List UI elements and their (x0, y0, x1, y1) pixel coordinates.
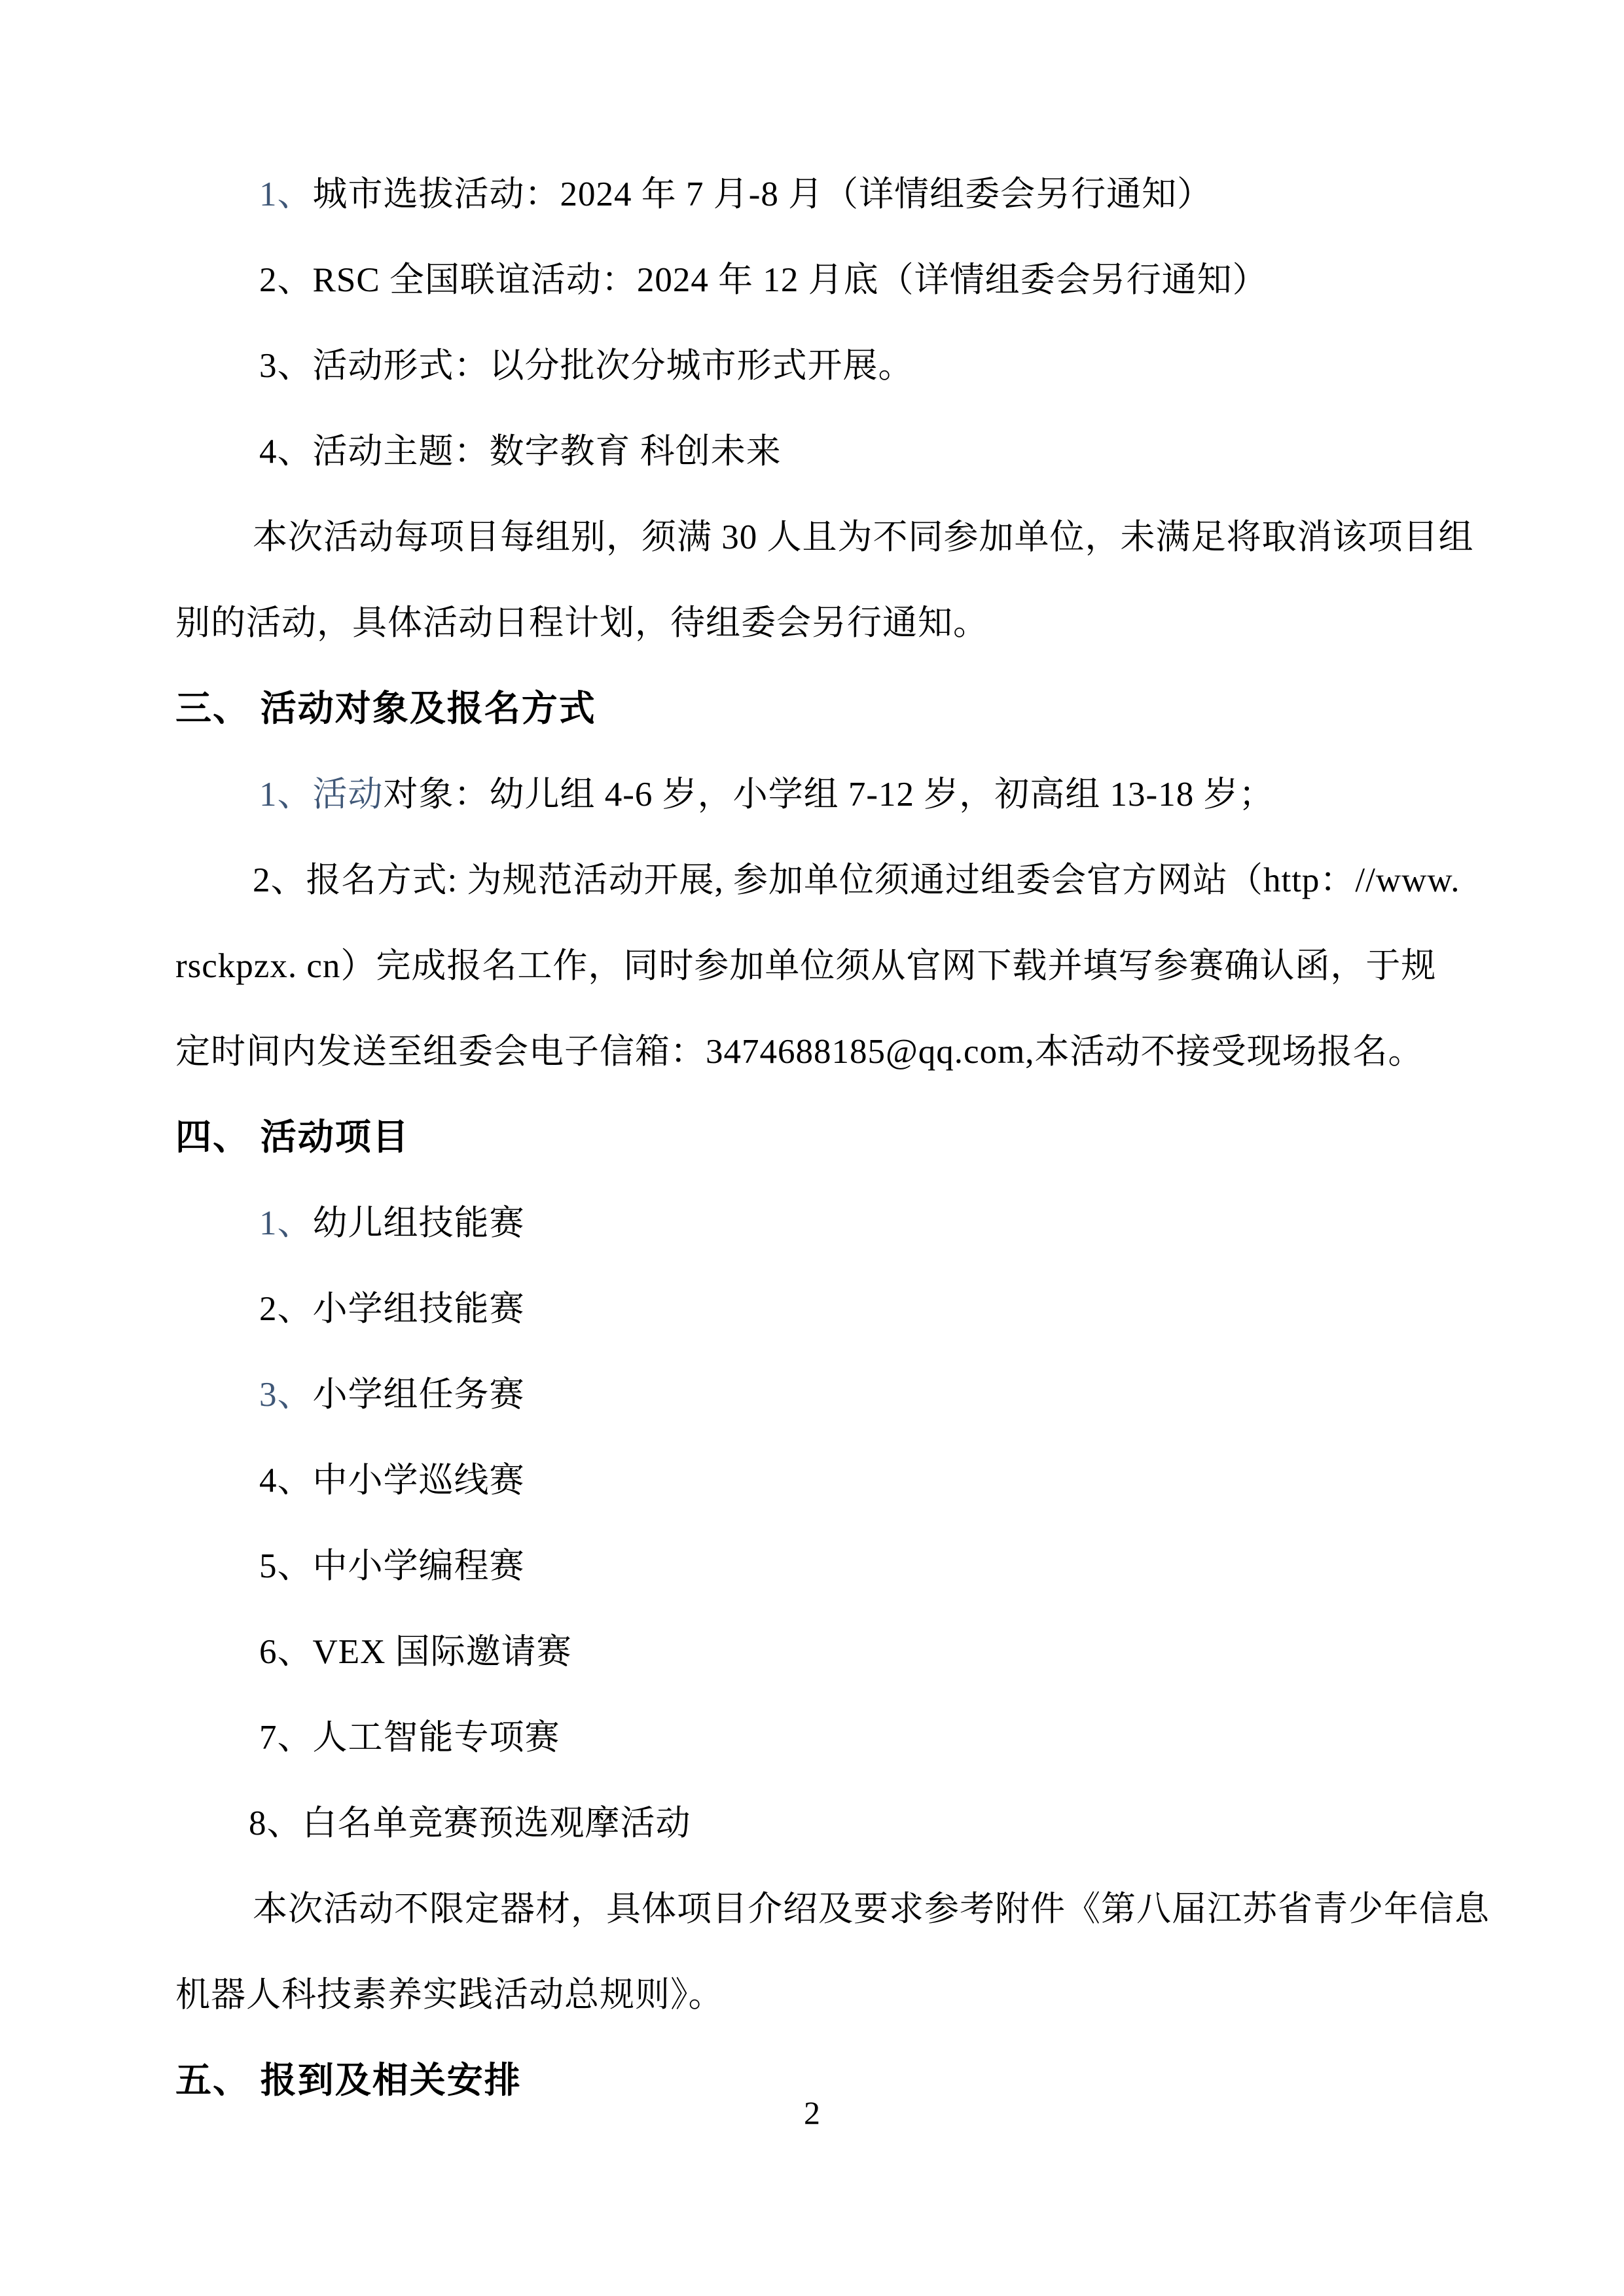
text-segment: 5、中小学编程赛 (259, 1547, 525, 1585)
text-segment: 3、活动形式：以分批次分城市形式开展。 (259, 347, 914, 385)
text-segment: 对象：幼儿组 4-6 岁，小学组 7-12 岁，初高组 13-18 岁； (384, 776, 1274, 814)
text-segment: 7、人工智能专项赛 (259, 1719, 560, 1757)
text-segment: 1、 (259, 1204, 313, 1242)
text-segment: 幼儿组技能赛 (313, 1204, 525, 1242)
text-segment: 4、中小学巡线赛 (259, 1462, 525, 1499)
text-segment: 本次活动每项目每组别，须满 30 人且为不同参加单位，未满足将取消该项目组 (253, 518, 1474, 556)
text-line: 7、人工智能专项赛 (175, 1716, 1439, 1802)
text-segment: 3、 (259, 1376, 313, 1414)
text-line: 2、报名方式: 为规范活动开展, 参加单位须通过组委会官方网站（http：//w… (175, 859, 1439, 944)
text-segment: rsckpzx. cn）完成报名工作，同时参加单位须从官网下载并填写参赛确认函，… (175, 947, 1436, 985)
page-number: 2 (0, 2093, 1624, 2132)
text-line: rsckpzx. cn）完成报名工作，同时参加单位须从官网下载并填写参赛确认函，… (175, 944, 1439, 1030)
text-line: 1、城市选拔活动：2024 年 7 月-8 月（详情组委会另行通知） (175, 173, 1439, 259)
text-line: 别的活动，具体活动日程计划，待组委会另行通知。 (175, 601, 1439, 687)
text-line: 四、 活动项目 (175, 1116, 1439, 1202)
text-segment: 2、小学组技能赛 (259, 1290, 525, 1328)
text-line: 3、活动形式：以分批次分城市形式开展。 (175, 344, 1439, 430)
text-line: 3、小学组任务赛 (175, 1373, 1439, 1459)
text-line: 1、活动对象：幼儿组 4-6 岁，小学组 7-12 岁，初高组 13-18 岁； (175, 773, 1439, 859)
text-line: 定时间内发送至组委会电子信箱：3474688185@qq.com,本活动不接受现… (175, 1030, 1439, 1116)
text-line: 2、小学组技能赛 (175, 1287, 1439, 1373)
text-segment: 四、 活动项目 (175, 1117, 410, 1157)
text-line: 1、幼儿组技能赛 (175, 1202, 1439, 1287)
text-line: 本次活动不限定器材，具体项目介绍及要求参考附件《第八届江苏省青少年信息 (175, 1888, 1439, 1973)
text-segment: 1、活动 (259, 776, 384, 814)
text-segment: 小学组任务赛 (313, 1376, 525, 1414)
text-line: 4、活动主题：数字教育 科创未来 (175, 430, 1439, 516)
text-line: 2、RSC 全国联谊活动：2024 年 12 月底（详情组委会另行通知） (175, 259, 1439, 344)
text-segment: 1、 (259, 175, 313, 213)
text-line: 4、中小学巡线赛 (175, 1459, 1439, 1545)
text-line: 机器人科技素养实践活动总规则》。 (175, 1973, 1439, 2059)
text-segment: 4、活动主题：数字教育 科创未来 (259, 433, 782, 471)
text-segment: 定时间内发送至组委会电子信箱：3474688185@qq.com,本活动不接受现… (175, 1033, 1424, 1071)
text-line: 5、中小学编程赛 (175, 1545, 1439, 1630)
text-segment: 本次活动不限定器材，具体项目介绍及要求参考附件《第八届江苏省青少年信息 (253, 1890, 1490, 1928)
text-line: 本次活动每项目每组别，须满 30 人且为不同参加单位，未满足将取消该项目组 (175, 516, 1439, 601)
text-segment: 6、VEX 国际邀请赛 (259, 1633, 572, 1671)
text-segment: 别的活动，具体活动日程计划，待组委会另行通知。 (175, 604, 988, 642)
text-line: 8、白名单竞赛预选观摩活动 (175, 1802, 1439, 1888)
text-segment: 机器人科技素养实践活动总规则》。 (175, 1976, 724, 2014)
text-segment: 城市选拔活动：2024 年 7 月-8 月（详情组委会另行通知） (313, 175, 1213, 213)
text-line: 6、VEX 国际邀请赛 (175, 1630, 1439, 1716)
document-body: 1、城市选拔活动：2024 年 7 月-8 月（详情组委会另行通知）2、RSC … (175, 173, 1439, 2169)
text-segment: 2、RSC 全国联谊活动：2024 年 12 月底（详情组委会另行通知） (259, 261, 1268, 299)
text-segment: 8、白名单竞赛预选观摩活动 (249, 1804, 691, 1842)
text-segment: 三、 活动对象及报名方式 (175, 689, 596, 728)
document-page: 1、城市选拔活动：2024 年 7 月-8 月（详情组委会另行通知）2、RSC … (0, 0, 1624, 2296)
text-line: 三、 活动对象及报名方式 (175, 687, 1439, 773)
text-segment: 2、报名方式: 为规范活动开展, 参加单位须通过组委会官方网站（http：//w… (253, 861, 1460, 899)
